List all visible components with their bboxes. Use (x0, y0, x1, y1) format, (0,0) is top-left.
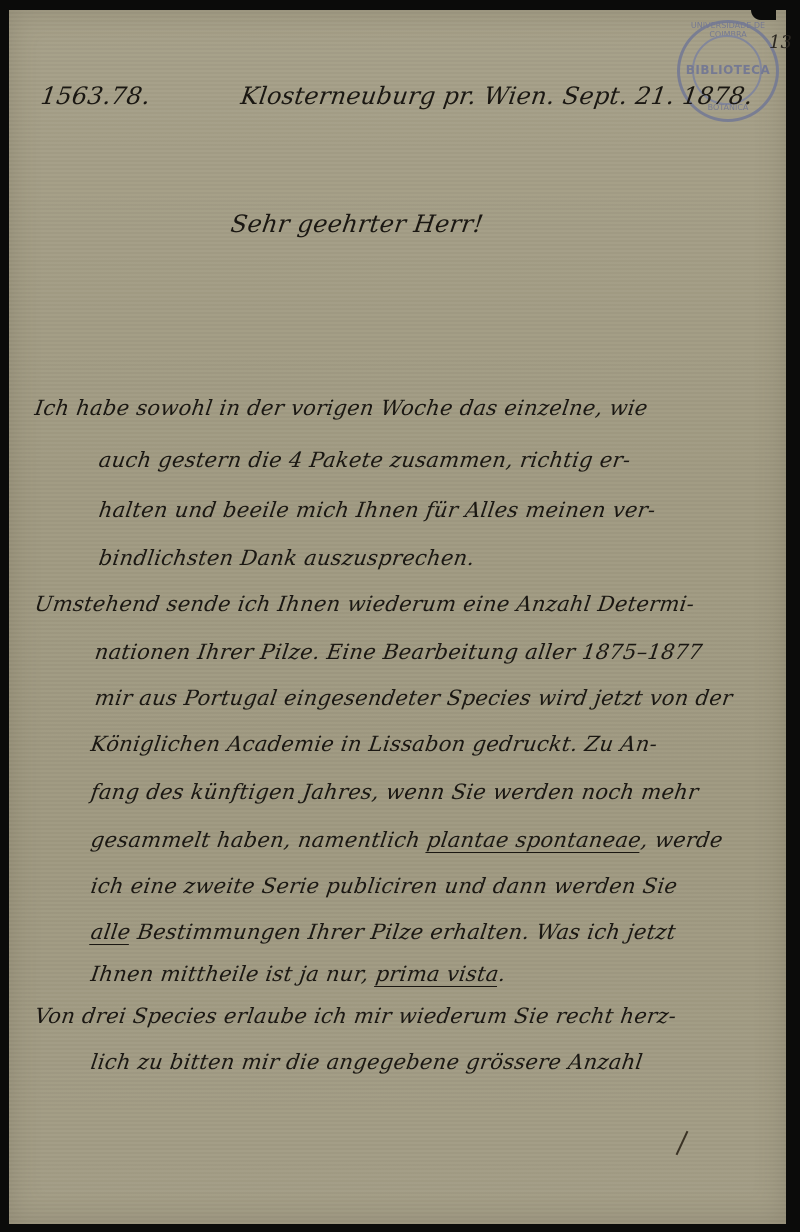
folio-number: 13 (769, 32, 792, 53)
stamp-center-text: BIBLIOTECA (676, 63, 780, 77)
underlined-text: alle (89, 920, 132, 944)
reference-number: 1563.78. (39, 82, 152, 110)
place-date: Klosterneuburg pr. Wien. Sept. 21. 1878. (239, 82, 755, 110)
underlined-text: prima vista (374, 962, 500, 986)
letter-line: gesammelt haben, namentlich plantae spon… (89, 828, 724, 852)
letter-line: ich eine zweite Serie publiciren und dan… (89, 874, 679, 898)
letter-line: Königlichen Academie in Lissabon gedruck… (89, 732, 659, 756)
letter-line: Umstehend sende ich Ihnen wiederum eine … (33, 592, 696, 616)
letter-line: halten und beeile mich Ihnen für Alles m… (97, 498, 657, 522)
letter-line: Ich habe sowohl in der vorigen Woche das… (33, 396, 649, 420)
letter-line: lich zu bitten mir die angegebene grösse… (89, 1050, 644, 1074)
text: Ihnen mittheile ist ja nur, (89, 962, 377, 986)
letter-line: alle Bestimmungen Ihrer Pilze erhalten. … (89, 920, 677, 944)
letter-line: bindlichsten Dank auszusprechen. (97, 546, 476, 570)
letter-line: mir aus Portugal eingesendeter Species w… (93, 686, 734, 710)
underlined-text: plantae spontaneae (426, 828, 643, 852)
letter-line: nationen Ihrer Pilze. Eine Bearbeitung a… (93, 640, 704, 664)
letter-page: UNIVERSIDADE DE COIMBRA BIBLIOTECA BOTAN… (9, 10, 786, 1224)
torn-corner (751, 10, 776, 20)
text: Bestimmungen Ihrer Pilze erhalten. Was i… (129, 920, 677, 944)
text: , werde (639, 828, 724, 852)
letter-line: Ihnen mittheile ist ja nur, prima vista. (89, 962, 507, 986)
letter-line: Von drei Species erlaube ich mir wiederu… (33, 1004, 678, 1028)
letter-line: auch gestern die 4 Pakete zusammen, rich… (97, 448, 632, 472)
text: gesammelt haben, namentlich (89, 828, 429, 852)
letter-line: fang des künftigen Jahres, wenn Sie werd… (89, 780, 700, 804)
ink-mark (676, 1131, 689, 1155)
salutation: Sehr geehrter Herr! (229, 210, 485, 238)
